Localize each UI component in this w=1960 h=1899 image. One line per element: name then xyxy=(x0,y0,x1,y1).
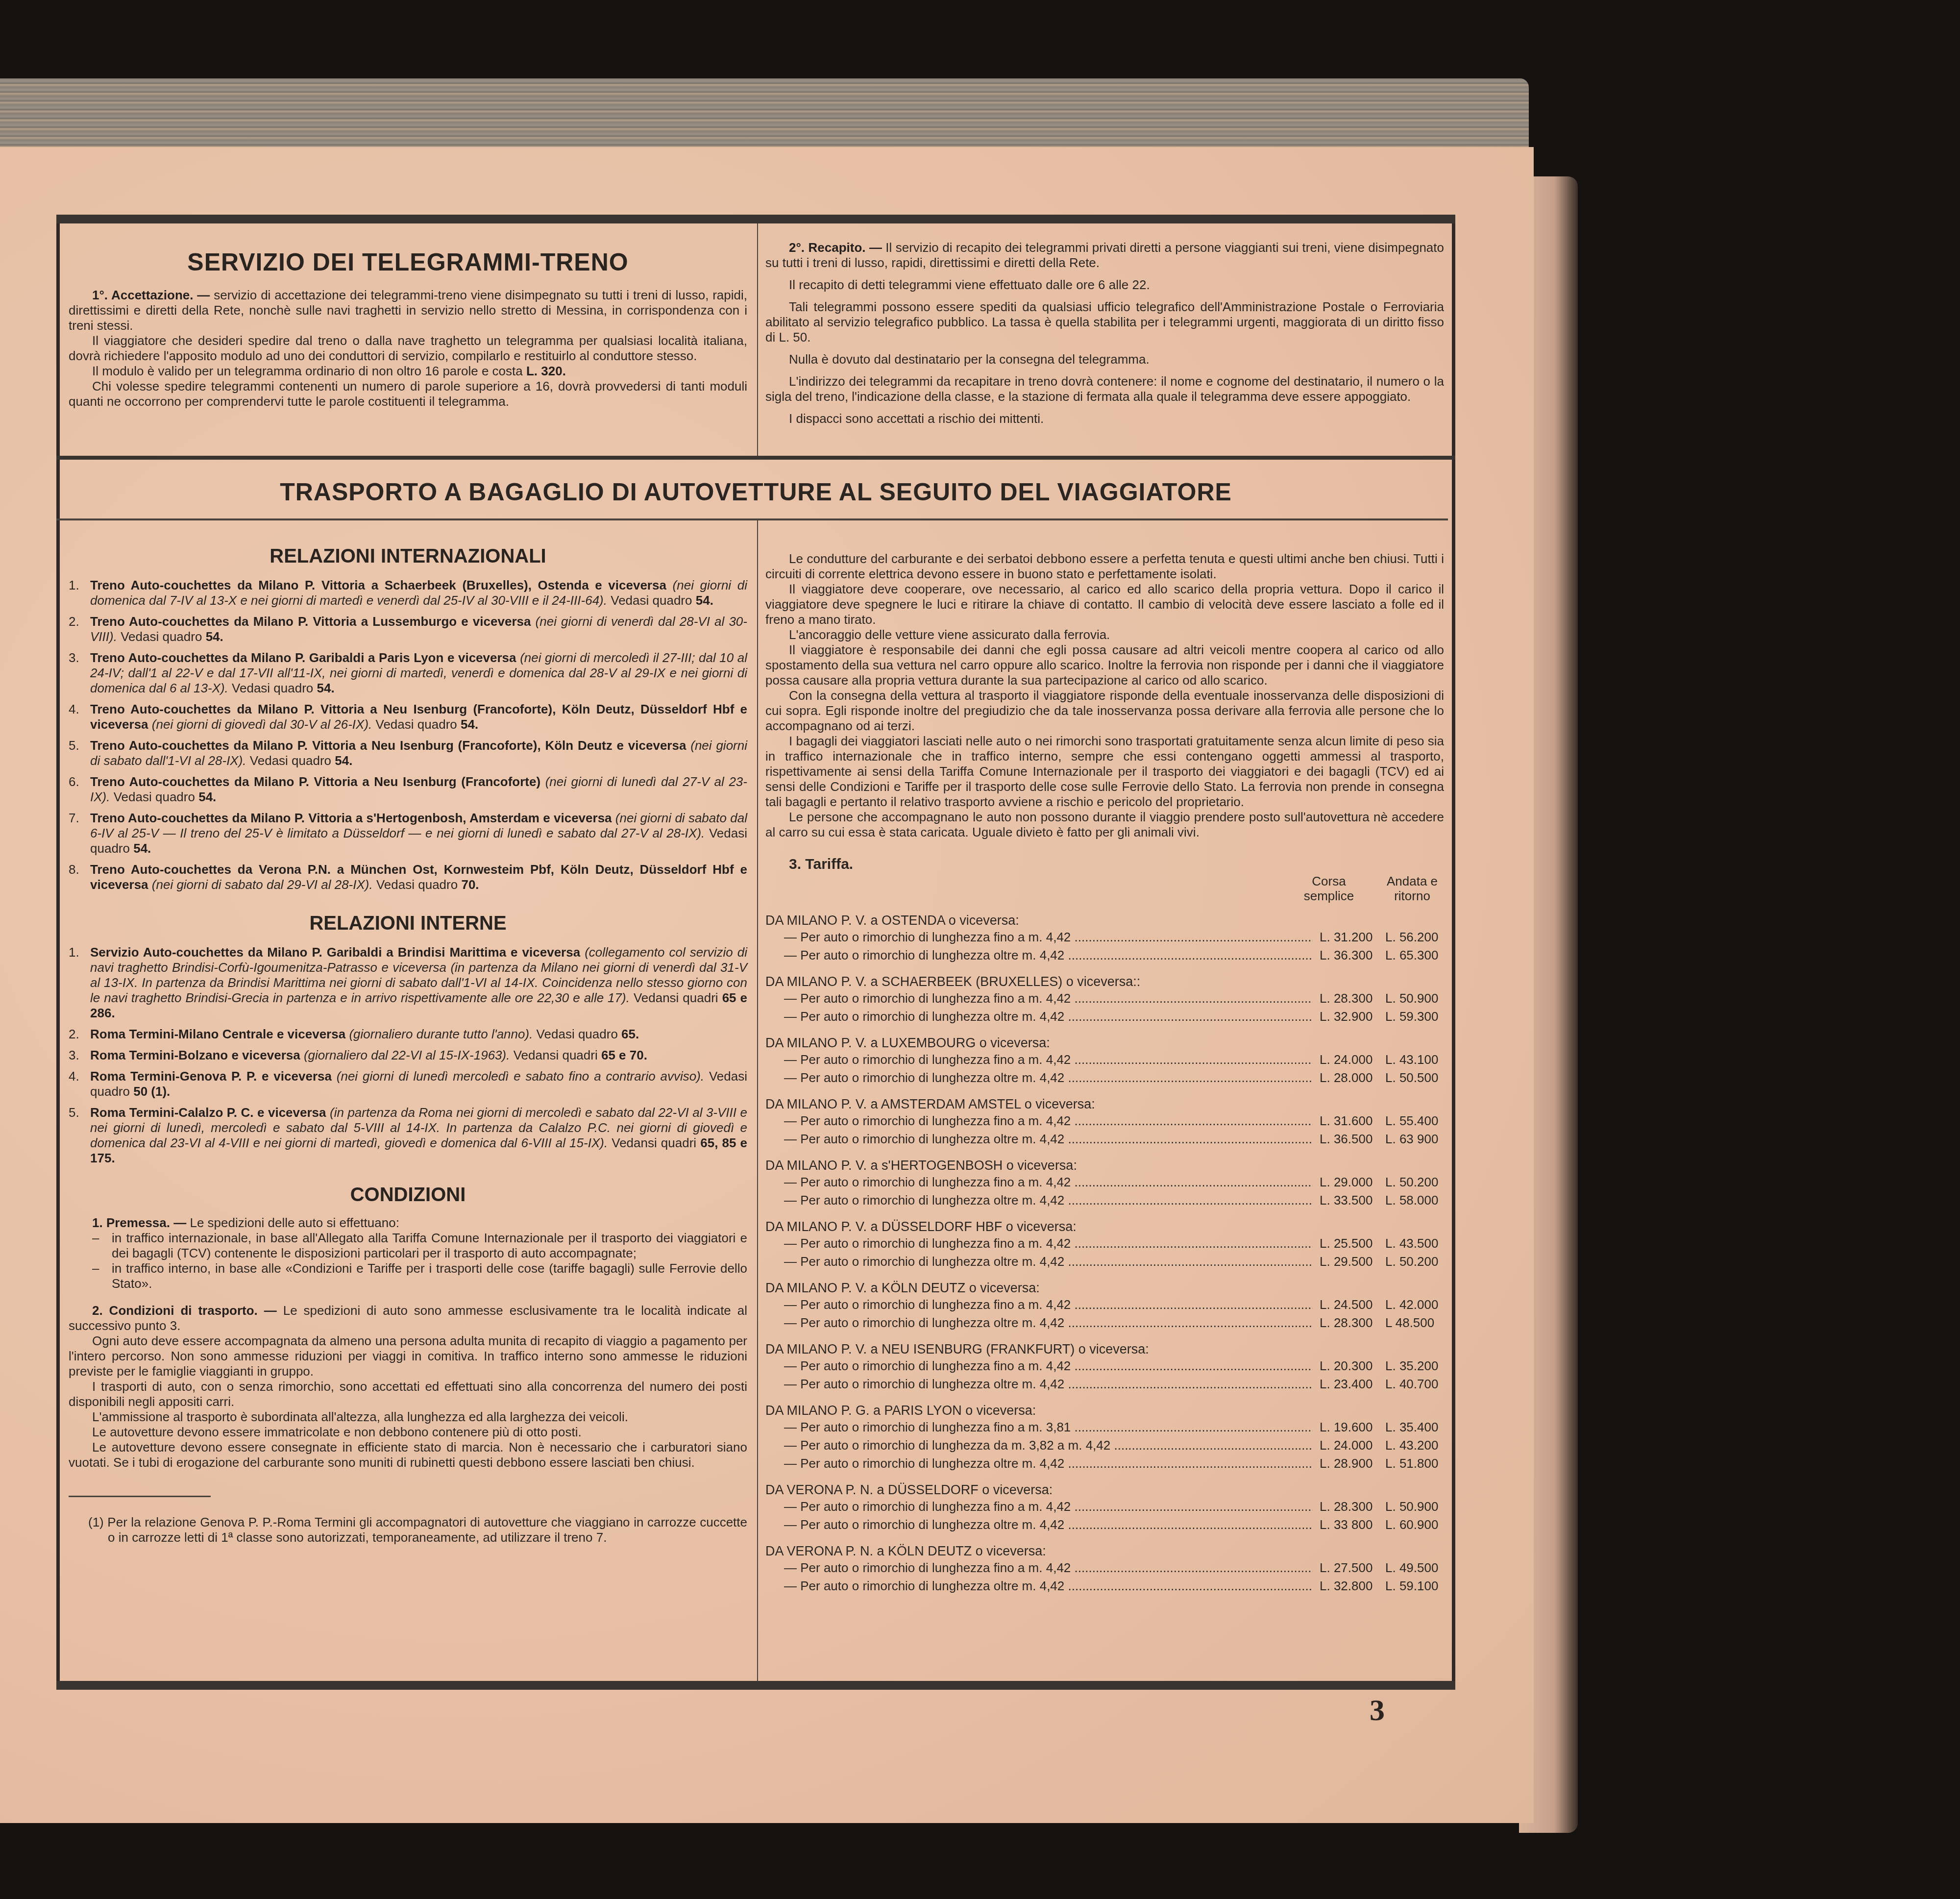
price-single: L. 33.500 xyxy=(1313,1191,1378,1209)
price-single: L. 24.000 xyxy=(1313,1051,1378,1069)
footnote-rule xyxy=(69,1496,211,1497)
recapito-p3: Tali telegrammi possono essere spediti d… xyxy=(765,299,1444,345)
tariff-desc: — Per auto o rimorchio di lunghezza fino… xyxy=(784,1418,1313,1436)
tariff-row: — Per auto o rimorchio di lunghezza oltr… xyxy=(765,1253,1444,1271)
right-p5: Con la consegna della vettura al traspor… xyxy=(765,688,1444,734)
recapito-p1: 2°. Recapito. — Il servizio di recapito … xyxy=(765,240,1444,271)
tariff-desc: — Per auto o rimorchio di lunghezza oltr… xyxy=(784,1069,1313,1087)
accettazione-p2: Il viaggiatore che desideri spedire dal … xyxy=(69,333,747,364)
tariff-row: — Per auto o rimorchio di lunghezza oltr… xyxy=(765,1008,1444,1026)
price-single: L. 19.600 xyxy=(1313,1418,1378,1436)
list-item: 1.Treno Auto-couchettes da Milano P. Vit… xyxy=(69,578,747,608)
list-item: in traffico interno, in base alle «Condi… xyxy=(92,1261,747,1291)
right-p6: I bagagli dei viaggiatori lasciati nelle… xyxy=(765,734,1444,810)
price-single: L. 31.600 xyxy=(1313,1112,1378,1130)
footnote: (1) Per la relazione Genova P. P.-Roma T… xyxy=(69,1515,747,1545)
price-single: L. 28.300 xyxy=(1313,989,1378,1008)
price-return: L. 40.700 xyxy=(1378,1375,1444,1393)
accettazione-p3: Il modulo è valido per un telegramma ord… xyxy=(69,364,747,379)
right-p2: Il viaggiatore deve cooperare, ove neces… xyxy=(765,582,1444,627)
page-number: 3 xyxy=(1370,1693,1385,1728)
tariff-route-title: DA VERONA P. N. a KÖLN DEUTZ o viceversa… xyxy=(765,1544,1444,1559)
price-single: L. 36.500 xyxy=(1313,1130,1378,1148)
price-return: L 48.500 xyxy=(1378,1314,1444,1332)
price-return: L. 58.000 xyxy=(1378,1191,1444,1209)
price-return: L. 43.100 xyxy=(1378,1051,1444,1069)
price-return: L. 43.500 xyxy=(1378,1234,1444,1253)
telegrammi-title: SERVIZIO DEI TELEGRAMMI-TRENO xyxy=(69,255,747,270)
tariff-row: — Per auto o rimorchio di lunghezza oltr… xyxy=(765,1375,1444,1393)
tariff-desc: — Per auto o rimorchio di lunghezza oltr… xyxy=(784,1516,1313,1534)
internazionali-title: RELAZIONI INTERNAZIONALI xyxy=(69,549,747,564)
price-single: L. 32.800 xyxy=(1313,1577,1378,1595)
price-return: L. 59.300 xyxy=(1378,1008,1444,1026)
accettazione-p4: Chi volesse spedire telegrammi contenent… xyxy=(69,379,747,409)
list-item: 3.Roma Termini-Bolzano e viceversa (gior… xyxy=(69,1048,747,1063)
tariff-row: — Per auto o rimorchio di lunghezza fino… xyxy=(765,928,1444,946)
list-item: 6.Treno Auto-couchettes da Milano P. Vit… xyxy=(69,774,747,805)
price-return: L. 51.800 xyxy=(1378,1455,1444,1473)
right-p1: Le condutture del carburante e dei serba… xyxy=(765,551,1444,582)
condizioni-title: CONDIZIONI xyxy=(69,1187,747,1203)
price-single: L. 28.900 xyxy=(1313,1455,1378,1473)
list-item: 2.Treno Auto-couchettes da Milano P. Vit… xyxy=(69,614,747,644)
price-single: L. 24.000 xyxy=(1313,1436,1378,1455)
price-return: L. 50.900 xyxy=(1378,989,1444,1008)
tariff-desc: — Per auto o rimorchio di lunghezza oltr… xyxy=(784,1253,1313,1271)
trasporto-title: TRASPORTO A BAGAGLIO DI AUTOVETTURE AL S… xyxy=(56,478,1455,506)
accettazione-p1: 1°. Accettazione. — servizio di accettaz… xyxy=(69,288,747,333)
tariff-desc: — Per auto o rimorchio di lunghezza oltr… xyxy=(784,1314,1313,1332)
condizioni-trasporto: 2. Condizioni di trasporto. — Le spedizi… xyxy=(69,1303,747,1333)
price-return: L. 59.100 xyxy=(1378,1577,1444,1595)
right-p3: L'ancoraggio delle vetture viene assicur… xyxy=(765,627,1444,642)
trasporto-left-column: RELAZIONI INTERNAZIONALI 1.Treno Auto-co… xyxy=(69,549,747,1545)
price-return: L. 55.400 xyxy=(1378,1112,1444,1130)
tariff-row: — Per auto o rimorchio di lunghezza oltr… xyxy=(765,1130,1444,1148)
tariff-row: — Per auto o rimorchio di lunghezza fino… xyxy=(765,989,1444,1008)
price-single: L. 28.000 xyxy=(1313,1069,1378,1087)
tariff-desc: — Per auto o rimorchio di lunghezza fino… xyxy=(784,1051,1313,1069)
list-item: 5.Roma Termini-Calalzo P. C. e viceversa… xyxy=(69,1105,747,1166)
tariff-row: — Per auto o rimorchio di lunghezza fino… xyxy=(765,1173,1444,1191)
price-single: L. 31.200 xyxy=(1313,928,1378,946)
tariff-desc: — Per auto o rimorchio di lunghezza fino… xyxy=(784,1112,1313,1130)
list-item: 3.Treno Auto-couchettes da Milano P. Gar… xyxy=(69,650,747,696)
condizioni-p3: L'ammissione al trasporto è subordinata … xyxy=(69,1409,747,1425)
price-single: L. 23.400 xyxy=(1313,1375,1378,1393)
premessa: 1. Premessa. — Le spedizioni delle auto … xyxy=(69,1215,747,1231)
telegrammi-right-column: 2°. Recapito. — Il servizio di recapito … xyxy=(765,240,1444,426)
column-divider-top xyxy=(757,223,758,456)
tariff-row: — Per auto o rimorchio di lunghezza fino… xyxy=(765,1498,1444,1516)
price-return: L. 43.200 xyxy=(1378,1436,1444,1455)
right-p7: Le persone che accompagnano le auto non … xyxy=(765,810,1444,840)
col-corsa-semplice: Corsa semplice xyxy=(1297,874,1361,903)
price-return: L. 35.400 xyxy=(1378,1418,1444,1436)
price-single: L. 24.500 xyxy=(1313,1296,1378,1314)
tariff-desc: — Per auto o rimorchio di lunghezza oltr… xyxy=(784,1375,1313,1393)
tariff-desc: — Per auto o rimorchio di lunghezza fino… xyxy=(784,928,1313,946)
list-item: 4.Roma Termini-Genova P. P. e viceversa … xyxy=(69,1069,747,1099)
tariff-desc: — Per auto o rimorchio di lunghezza fino… xyxy=(784,989,1313,1008)
tariff-row: — Per auto o rimorchio di lunghezza fino… xyxy=(765,1357,1444,1375)
recapito-p6: I dispacci sono accettati a rischio dei … xyxy=(765,411,1444,426)
tariff-row: — Per auto o rimorchio di lunghezza oltr… xyxy=(765,1455,1444,1473)
price-return: L. 35.200 xyxy=(1378,1357,1444,1375)
condizioni-p5: Le autovetture devono essere consegnate … xyxy=(69,1440,747,1470)
tariff-route-title: DA MILANO P. V. a DÜSSELDORF HBF o vicev… xyxy=(765,1219,1444,1234)
price-single: L. 27.500 xyxy=(1313,1559,1378,1577)
condizioni-p4: Le autovetture devono essere immatricola… xyxy=(69,1425,747,1440)
interne-list: 1.Servizio Auto-couchettes da Milano P. … xyxy=(69,945,747,1166)
tariff-route-title: DA MILANO P. V. a LUXEMBOURG o viceversa… xyxy=(765,1036,1444,1051)
price-return: L. 49.500 xyxy=(1378,1559,1444,1577)
tariff-row: — Per auto o rimorchio di lunghezza oltr… xyxy=(765,1314,1444,1332)
tariff-row: — Per auto o rimorchio di lunghezza oltr… xyxy=(765,946,1444,964)
internazionali-list: 1.Treno Auto-couchettes da Milano P. Vit… xyxy=(69,578,747,892)
list-item: in traffico internazionale, in base all'… xyxy=(92,1231,747,1261)
list-item: 5.Treno Auto-couchettes da Milano P. Vit… xyxy=(69,738,747,768)
price-single: L. 32.900 xyxy=(1313,1008,1378,1026)
tariff-row: — Per auto o rimorchio di lunghezza fino… xyxy=(765,1112,1444,1130)
price-return: L. 50.500 xyxy=(1378,1069,1444,1087)
price-return: L. 50.200 xyxy=(1378,1253,1444,1271)
recapito-p2: Il recapito di detti telegrammi viene ef… xyxy=(765,277,1444,293)
tariff-desc: — Per auto o rimorchio di lunghezza fino… xyxy=(784,1234,1313,1253)
tariff-desc: — Per auto o rimorchio di lunghezza oltr… xyxy=(784,1130,1313,1148)
price-return: L. 42.000 xyxy=(1378,1296,1444,1314)
tariff-desc: — Per auto o rimorchio di lunghezza oltr… xyxy=(784,1191,1313,1209)
list-item: 7.Treno Auto-couchettes da Milano P. Vit… xyxy=(69,811,747,856)
price-single: L. 36.300 xyxy=(1313,946,1378,964)
list-item: 4.Treno Auto-couchettes da Milano P. Vit… xyxy=(69,702,747,732)
tariff-row: — Per auto o rimorchio di lunghezza da m… xyxy=(765,1436,1444,1455)
recapito-heading: 2°. Recapito. — xyxy=(789,240,882,255)
price-single: L. 33 800 xyxy=(1313,1516,1378,1534)
premessa-list: in traffico internazionale, in base all'… xyxy=(69,1231,747,1291)
tariff-desc: — Per auto o rimorchio di lunghezza da m… xyxy=(784,1436,1313,1455)
tariff-desc: — Per auto o rimorchio di lunghezza fino… xyxy=(784,1498,1313,1516)
tariff-row: — Per auto o rimorchio di lunghezza oltr… xyxy=(765,1069,1444,1087)
tariff-desc: — Per auto o rimorchio di lunghezza oltr… xyxy=(784,1577,1313,1595)
price-single: L. 28.300 xyxy=(1313,1498,1378,1516)
tariff-route-title: DA MILANO P. V. a OSTENDA o viceversa: xyxy=(765,913,1444,928)
tariff-row: — Per auto o rimorchio di lunghezza fino… xyxy=(765,1234,1444,1253)
tariff-table: DA MILANO P. V. a OSTENDA o viceversa:— … xyxy=(765,913,1444,1595)
price-return: L. 50.900 xyxy=(1378,1498,1444,1516)
tariff-route-title: DA VERONA P. N. a DÜSSELDORF o viceversa… xyxy=(765,1482,1444,1498)
right-p4: Il viaggiatore è responsabile dei danni … xyxy=(765,642,1444,688)
price-return: L. 50.200 xyxy=(1378,1173,1444,1191)
price-return: L. 56.200 xyxy=(1378,928,1444,946)
column-divider-main xyxy=(757,520,758,1681)
tariff-desc: — Per auto o rimorchio di lunghezza oltr… xyxy=(784,946,1313,964)
tariff-route-title: DA MILANO P. V. a SCHAERBEEK (BRUXELLES)… xyxy=(765,974,1444,989)
tariff-row: — Per auto o rimorchio di lunghezza fino… xyxy=(765,1418,1444,1436)
condizioni-p1: Ogni auto deve essere accompagnata da al… xyxy=(69,1333,747,1379)
accettazione-heading: 1°. Accettazione. — xyxy=(92,288,210,302)
tariff-row: — Per auto o rimorchio di lunghezza oltr… xyxy=(765,1577,1444,1595)
bottom-rule xyxy=(56,1681,1455,1690)
price-single: L. 28.300 xyxy=(1313,1314,1378,1332)
tariff-route-title: DA MILANO P. G. a PARIS LYON o viceversa… xyxy=(765,1403,1444,1418)
recapito-p4: Nulla è dovuto dal destinatario per la c… xyxy=(765,352,1444,367)
tariff-route-title: DA MILANO P. V. a s'HERTOGENBOSH o vicev… xyxy=(765,1158,1444,1173)
condizioni-p2: I trasporti di auto, con o senza rimorch… xyxy=(69,1379,747,1409)
tariff-route-title: DA MILANO P. V. a NEU ISENBURG (FRANKFUR… xyxy=(765,1342,1444,1357)
price-single: L. 29.500 xyxy=(1313,1253,1378,1271)
tariff-desc: — Per auto o rimorchio di lunghezza fino… xyxy=(784,1173,1313,1191)
tariff-desc: — Per auto o rimorchio di lunghezza fino… xyxy=(784,1296,1313,1314)
list-item: 1.Servizio Auto-couchettes da Milano P. … xyxy=(69,945,747,1021)
tariff-row: — Per auto o rimorchio di lunghezza fino… xyxy=(765,1296,1444,1314)
tariffa-heading: 3. Tariffa. xyxy=(765,857,1444,872)
col-andata-ritorno: Andata e ritorno xyxy=(1380,874,1444,903)
tariff-desc: — Per auto o rimorchio di lunghezza oltr… xyxy=(784,1455,1313,1473)
tariff-row: — Per auto o rimorchio di lunghezza fino… xyxy=(765,1559,1444,1577)
price-single: L. 25.500 xyxy=(1313,1234,1378,1253)
price-single: L. 20.300 xyxy=(1313,1357,1378,1375)
section-rule xyxy=(56,456,1455,460)
tariff-desc: — Per auto o rimorchio di lunghezza fino… xyxy=(784,1559,1313,1577)
tariff-row: — Per auto o rimorchio di lunghezza fino… xyxy=(765,1051,1444,1069)
tariff-desc: — Per auto o rimorchio di lunghezza oltr… xyxy=(784,1008,1313,1026)
interne-title: RELAZIONI INTERNE xyxy=(69,916,747,931)
telegrammi-left-column: SERVIZIO DEI TELEGRAMMI-TRENO 1°. Accett… xyxy=(69,255,747,409)
trasporto-right-column: Le condutture del carburante e dei serba… xyxy=(765,551,1444,1595)
tariff-desc: — Per auto o rimorchio di lunghezza fino… xyxy=(784,1357,1313,1375)
tariff-route-title: DA MILANO P. V. a KÖLN DEUTZ o viceversa… xyxy=(765,1281,1444,1296)
price-return: L. 65.300 xyxy=(1378,946,1444,964)
tariff-route-title: DA MILANO P. V. a AMSTERDAM AMSTEL o vic… xyxy=(765,1097,1444,1112)
banner-rule xyxy=(56,518,1448,520)
telegram-price: L. 320. xyxy=(526,364,566,378)
tariff-row: — Per auto o rimorchio di lunghezza oltr… xyxy=(765,1516,1444,1534)
price-return: L. 63 900 xyxy=(1378,1130,1444,1148)
top-rule xyxy=(56,215,1455,223)
tariff-column-headers: Corsa semplice Andata e ritorno xyxy=(765,874,1444,903)
tariff-row: — Per auto o rimorchio di lunghezza oltr… xyxy=(765,1191,1444,1209)
recapito-p5: L'indirizzo dei telegrammi da recapitare… xyxy=(765,374,1444,404)
price-return: L. 60.900 xyxy=(1378,1516,1444,1534)
price-single: L. 29.000 xyxy=(1313,1173,1378,1191)
list-item: 2.Roma Termini-Milano Centrale e vicever… xyxy=(69,1027,747,1042)
list-item: 8.Treno Auto-couchettes da Verona P.N. a… xyxy=(69,862,747,892)
